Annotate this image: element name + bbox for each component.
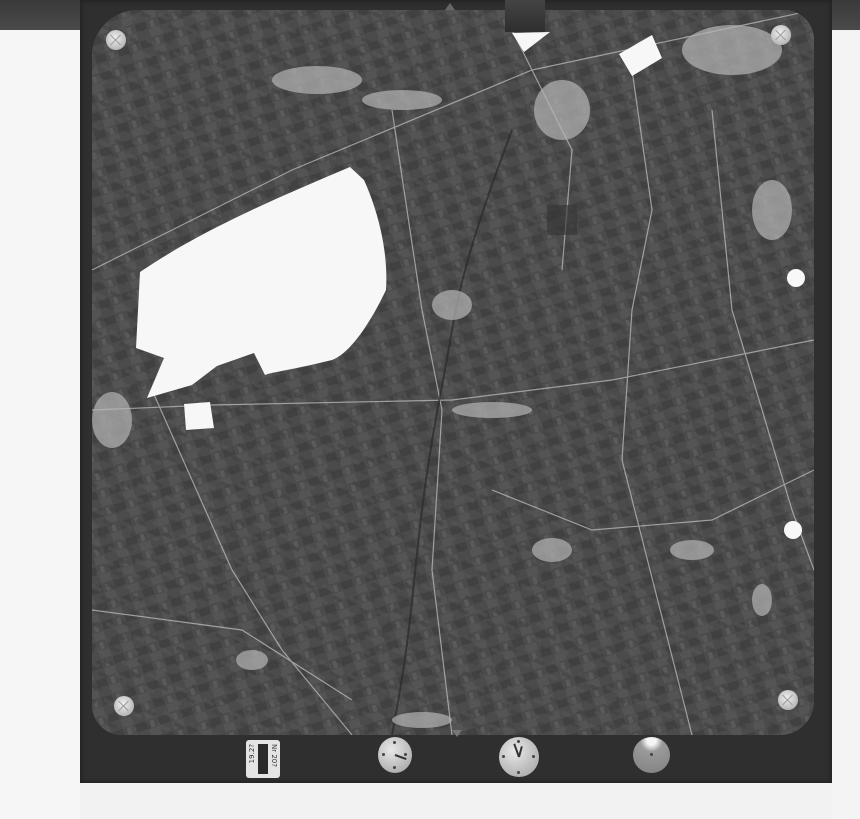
- aerial-photo: [92, 10, 814, 735]
- clock-hand-hour: [518, 746, 523, 757]
- frame-hole-upper: [787, 269, 805, 287]
- counter-label-left: 19.2?: [248, 744, 256, 763]
- fiducial-mark-top-left: [106, 30, 126, 50]
- fiducial-mark-bottom-right: [778, 690, 798, 710]
- frame-notch-bottom: [452, 730, 462, 737]
- fiducial-mark-bottom-left: [114, 696, 134, 716]
- scan-background-left: [0, 30, 80, 819]
- frame-hole-lower: [784, 521, 802, 539]
- level-bubble: [633, 737, 670, 773]
- altimeter-dial: [378, 737, 412, 773]
- film-tape: [505, 0, 545, 32]
- counter-window: [258, 744, 268, 774]
- terrain-layer: [92, 10, 814, 735]
- fiducial-mark-top-right: [771, 25, 791, 45]
- frame-counter: 19.2? Nr 20?: [246, 740, 280, 778]
- clock-dial: [499, 737, 539, 777]
- cloud-small: [184, 402, 214, 430]
- scan-background-right: [832, 32, 860, 819]
- counter-label-right: Nr 20?: [270, 744, 278, 767]
- frame-notch-top: [445, 3, 455, 10]
